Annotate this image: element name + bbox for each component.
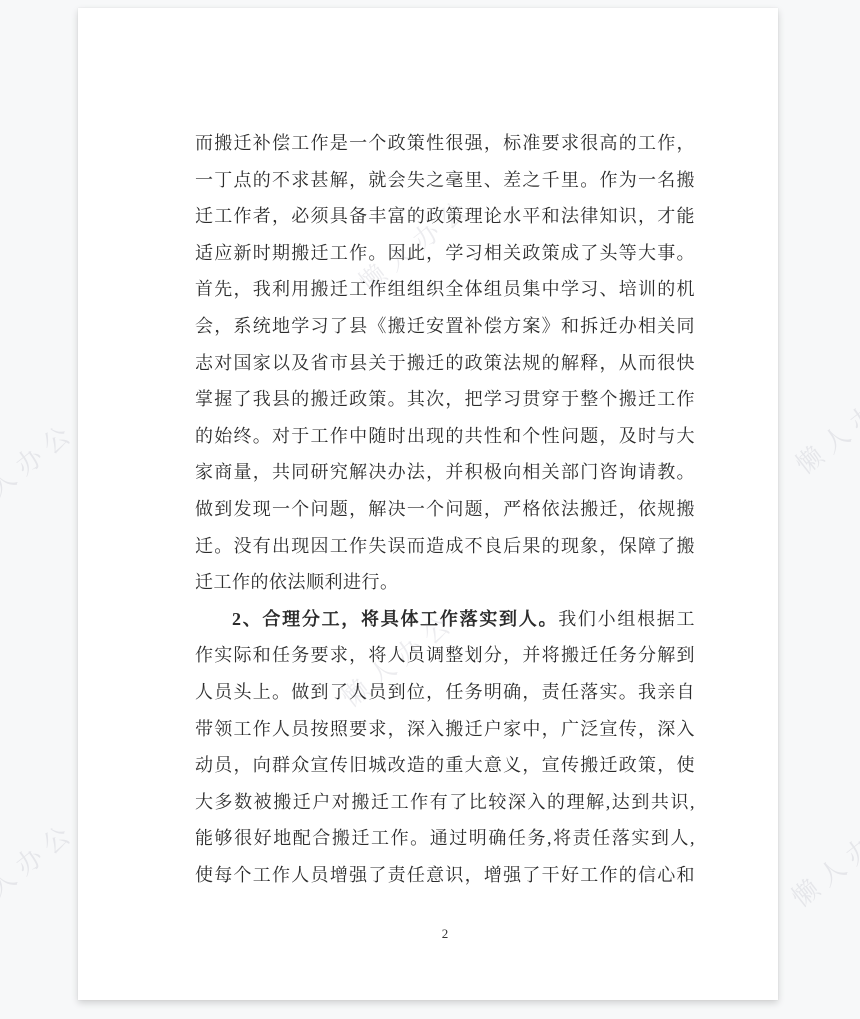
- watermark: 懒人办公: [0, 412, 83, 525]
- text-line: 迁工作的依法顺利进行。: [195, 564, 695, 601]
- text-line: 大多数被搬迁户对搬迁工作有了比较深入的理解,达到共识,: [195, 784, 695, 821]
- text-line: 掌握了我县的搬迁政策。其次，把学习贯穿于整个搬迁工作: [195, 381, 695, 418]
- text-line: 迁。没有出现因工作失误而造成不良后果的现象，保障了搬: [195, 528, 695, 565]
- watermark: 懒人办公: [783, 802, 860, 915]
- page-body-text: 而搬迁补偿工作是一个政策性很强，标准要求很高的工作， 一丁点的不求甚解，就会失之…: [195, 125, 695, 893]
- text-line: 人员头上。做到了人员到位，任务明确，责任落实。我亲自: [195, 674, 695, 711]
- document-page: 而搬迁补偿工作是一个政策性很强，标准要求很高的工作， 一丁点的不求甚解，就会失之…: [78, 8, 778, 1000]
- page-number: 2: [195, 926, 695, 942]
- text-line: 使每个工作人员增强了责任意识，增强了干好工作的信心和: [195, 857, 695, 894]
- text-line: 首先，我利用搬迁工作组组织全体组员集中学习、培训的机: [195, 271, 695, 308]
- watermark: 懒人办公: [787, 369, 860, 482]
- document-viewer: { "page": { "number": "2" }, "watermark"…: [0, 0, 860, 1019]
- text-line: 2、合理分工，将具体工作落实到人。我们小组根据工: [195, 601, 695, 638]
- text-segment: 我们小组根据工: [558, 609, 695, 629]
- text-line: 迁工作者，必须具备丰富的政策理论水平和法律知识，才能: [195, 198, 695, 235]
- text-line: 能够很好地配合搬迁工作。通过明确任务,将责任落实到人,: [195, 820, 695, 857]
- text-line: 志对国家以及省市县关于搬迁的政策法规的解释，从而很快: [195, 345, 695, 382]
- text-line: 会，系统地学习了县《搬迁安置补偿方案》和拆迁办相关同: [195, 308, 695, 345]
- text-line: 适应新时期搬迁工作。因此，学习相关政策成了头等大事。: [195, 235, 695, 272]
- text-line: 家商量，共同研究解决办法，并积极向相关部门咨询请教。: [195, 454, 695, 491]
- paragraph-heading: 2、合理分工，将具体工作落实到人。: [232, 609, 558, 629]
- text-line: 的始终。对于工作中随时出现的共性和个性问题，及时与大: [195, 418, 695, 455]
- text-line: 而搬迁补偿工作是一个政策性很强，标准要求很高的工作，: [195, 125, 695, 162]
- text-line: 一丁点的不求甚解，就会失之毫里、差之千里。作为一名搬: [195, 162, 695, 199]
- text-line: 动员，向群众宣传旧城改造的重大意义，宣传搬迁政策，使: [195, 747, 695, 784]
- text-line: 做到发现一个问题，解决一个问题，严格依法搬迁，依规搬: [195, 491, 695, 528]
- text-line: 作实际和任务要求，将人员调整划分，并将搬迁任务分解到: [195, 637, 695, 674]
- text-line: 带领工作人员按照要求，深入搬迁户家中，广泛宣传，深入: [195, 711, 695, 748]
- watermark: 懒人办公: [0, 812, 83, 925]
